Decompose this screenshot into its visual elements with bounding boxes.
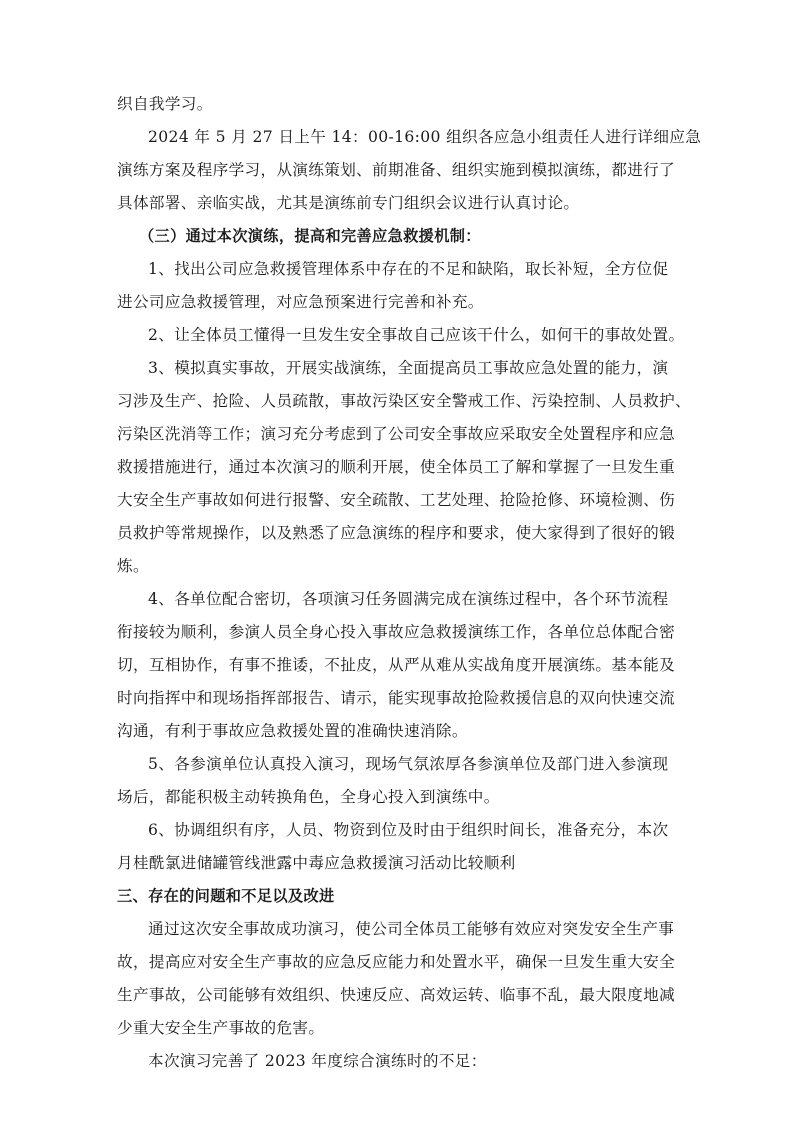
body-text-line: 场后，都能积极主动转换角色，全身心投入到演练中。 [117, 781, 679, 814]
section-heading: 三、存在的问题和不足以及改进 [117, 880, 679, 913]
body-text-line: 少重大安全生产事故的危害。 [117, 1012, 679, 1045]
paragraph-first-line: 5、各参演单位认真投入演习，现场气氛浓厚各参演单位及部门进入参演现 [117, 748, 679, 781]
paragraph-first-line: 2024 年 5 月 27 日上午 14：00-16:00 组织各应急小组责任人… [117, 121, 679, 154]
paragraph-first-line: 3、模拟真实事故，开展实战演练，全面提高员工事故应急处置的能力，演 [117, 352, 679, 385]
paragraph-first-line: 4、各单位配合密切，各项演习任务圆满完成在演练过程中，各个环节流程 [117, 583, 679, 616]
body-text-line: 月桂酰氯进储罐管线泄露中毒应急救援演习活动比较顺利 [117, 847, 679, 880]
paragraph-first-line: 通过这次安全事故成功演习，使公司全体员工能够有效应对突发安全生产事 [117, 913, 679, 946]
paragraph-first-line: 6、协调组织有序，人员、物资到位及时由于组织时间长，准备充分，本次 [117, 814, 679, 847]
body-text-line: 污染区洗消等工作；演习充分考虑到了公司安全事故应采取安全处置程序和应急 [117, 418, 679, 451]
body-text-line: 具体部署、亲临实战，尤其是演练前专门组织会议进行认真讨论。 [117, 187, 679, 220]
body-text-line: 时向指挥中和现场指挥部报告、请示，能实现事故抢险救援信息的双向快速交流 [117, 682, 679, 715]
body-text-line: 衔接较为顺利，参演人员全身心投入事故应急救援演练工作，各单位总体配合密 [117, 616, 679, 649]
section-subheading: （三）通过本次演练，提高和完善应急救援机制： [117, 220, 679, 253]
body-text-line: 演练方案及程序学习，从演练策划、前期准备、组织实施到模拟演练，都进行了 [117, 154, 679, 187]
paragraph-first-line: 本次演习完善了 2023 年度综合演练时的不足： [117, 1045, 679, 1078]
body-text-line: 大安全生产事故如何进行报警、安全疏散、工艺处理、抢险抢修、环境检测、伤 [117, 484, 679, 517]
body-text-line: 进公司应急救援管理，对应急预案进行完善和补充。 [117, 286, 679, 319]
paragraph-first-line: 1、找出公司应急救援管理体系中存在的不足和缺陷，取长补短，全方位促 [117, 253, 679, 286]
body-text-line: 习涉及生产、抢险、人员疏散，事故污染区安全警戒工作、污染控制、人员救护、 [117, 385, 679, 418]
paragraph-first-line: 2、让全体员工懂得一旦发生安全事故自己应该干什么，如何干的事故处置。 [117, 319, 679, 352]
body-text-line: 切，互相协作，有事不推诿，不扯皮，从严从难从实战角度开展演练。基本能及 [117, 649, 679, 682]
document-page: 织自我学习。 2024 年 5 月 27 日上午 14：00-16:00 组织各… [117, 88, 679, 1078]
body-text-line: 救援措施进行，通过本次演习的顺利开展，使全体员工了解和掌握了一旦发生重 [117, 451, 679, 484]
body-text-line: 员救护等常规操作，以及熟悉了应急演练的程序和要求，使大家得到了很好的锻 [117, 517, 679, 550]
body-text-line: 织自我学习。 [117, 88, 679, 121]
body-text-line: 故，提高应对安全生产事故的应急反应能力和处置水平，确保一旦发生重大安全 [117, 946, 679, 979]
body-text-line: 炼。 [117, 550, 679, 583]
body-text-line: 沟通，有利于事故应急救援处置的准确快速消除。 [117, 715, 679, 748]
body-text-line: 生产事故，公司能够有效组织、快速反应、高效运转、临事不乱，最大限度地减 [117, 979, 679, 1012]
